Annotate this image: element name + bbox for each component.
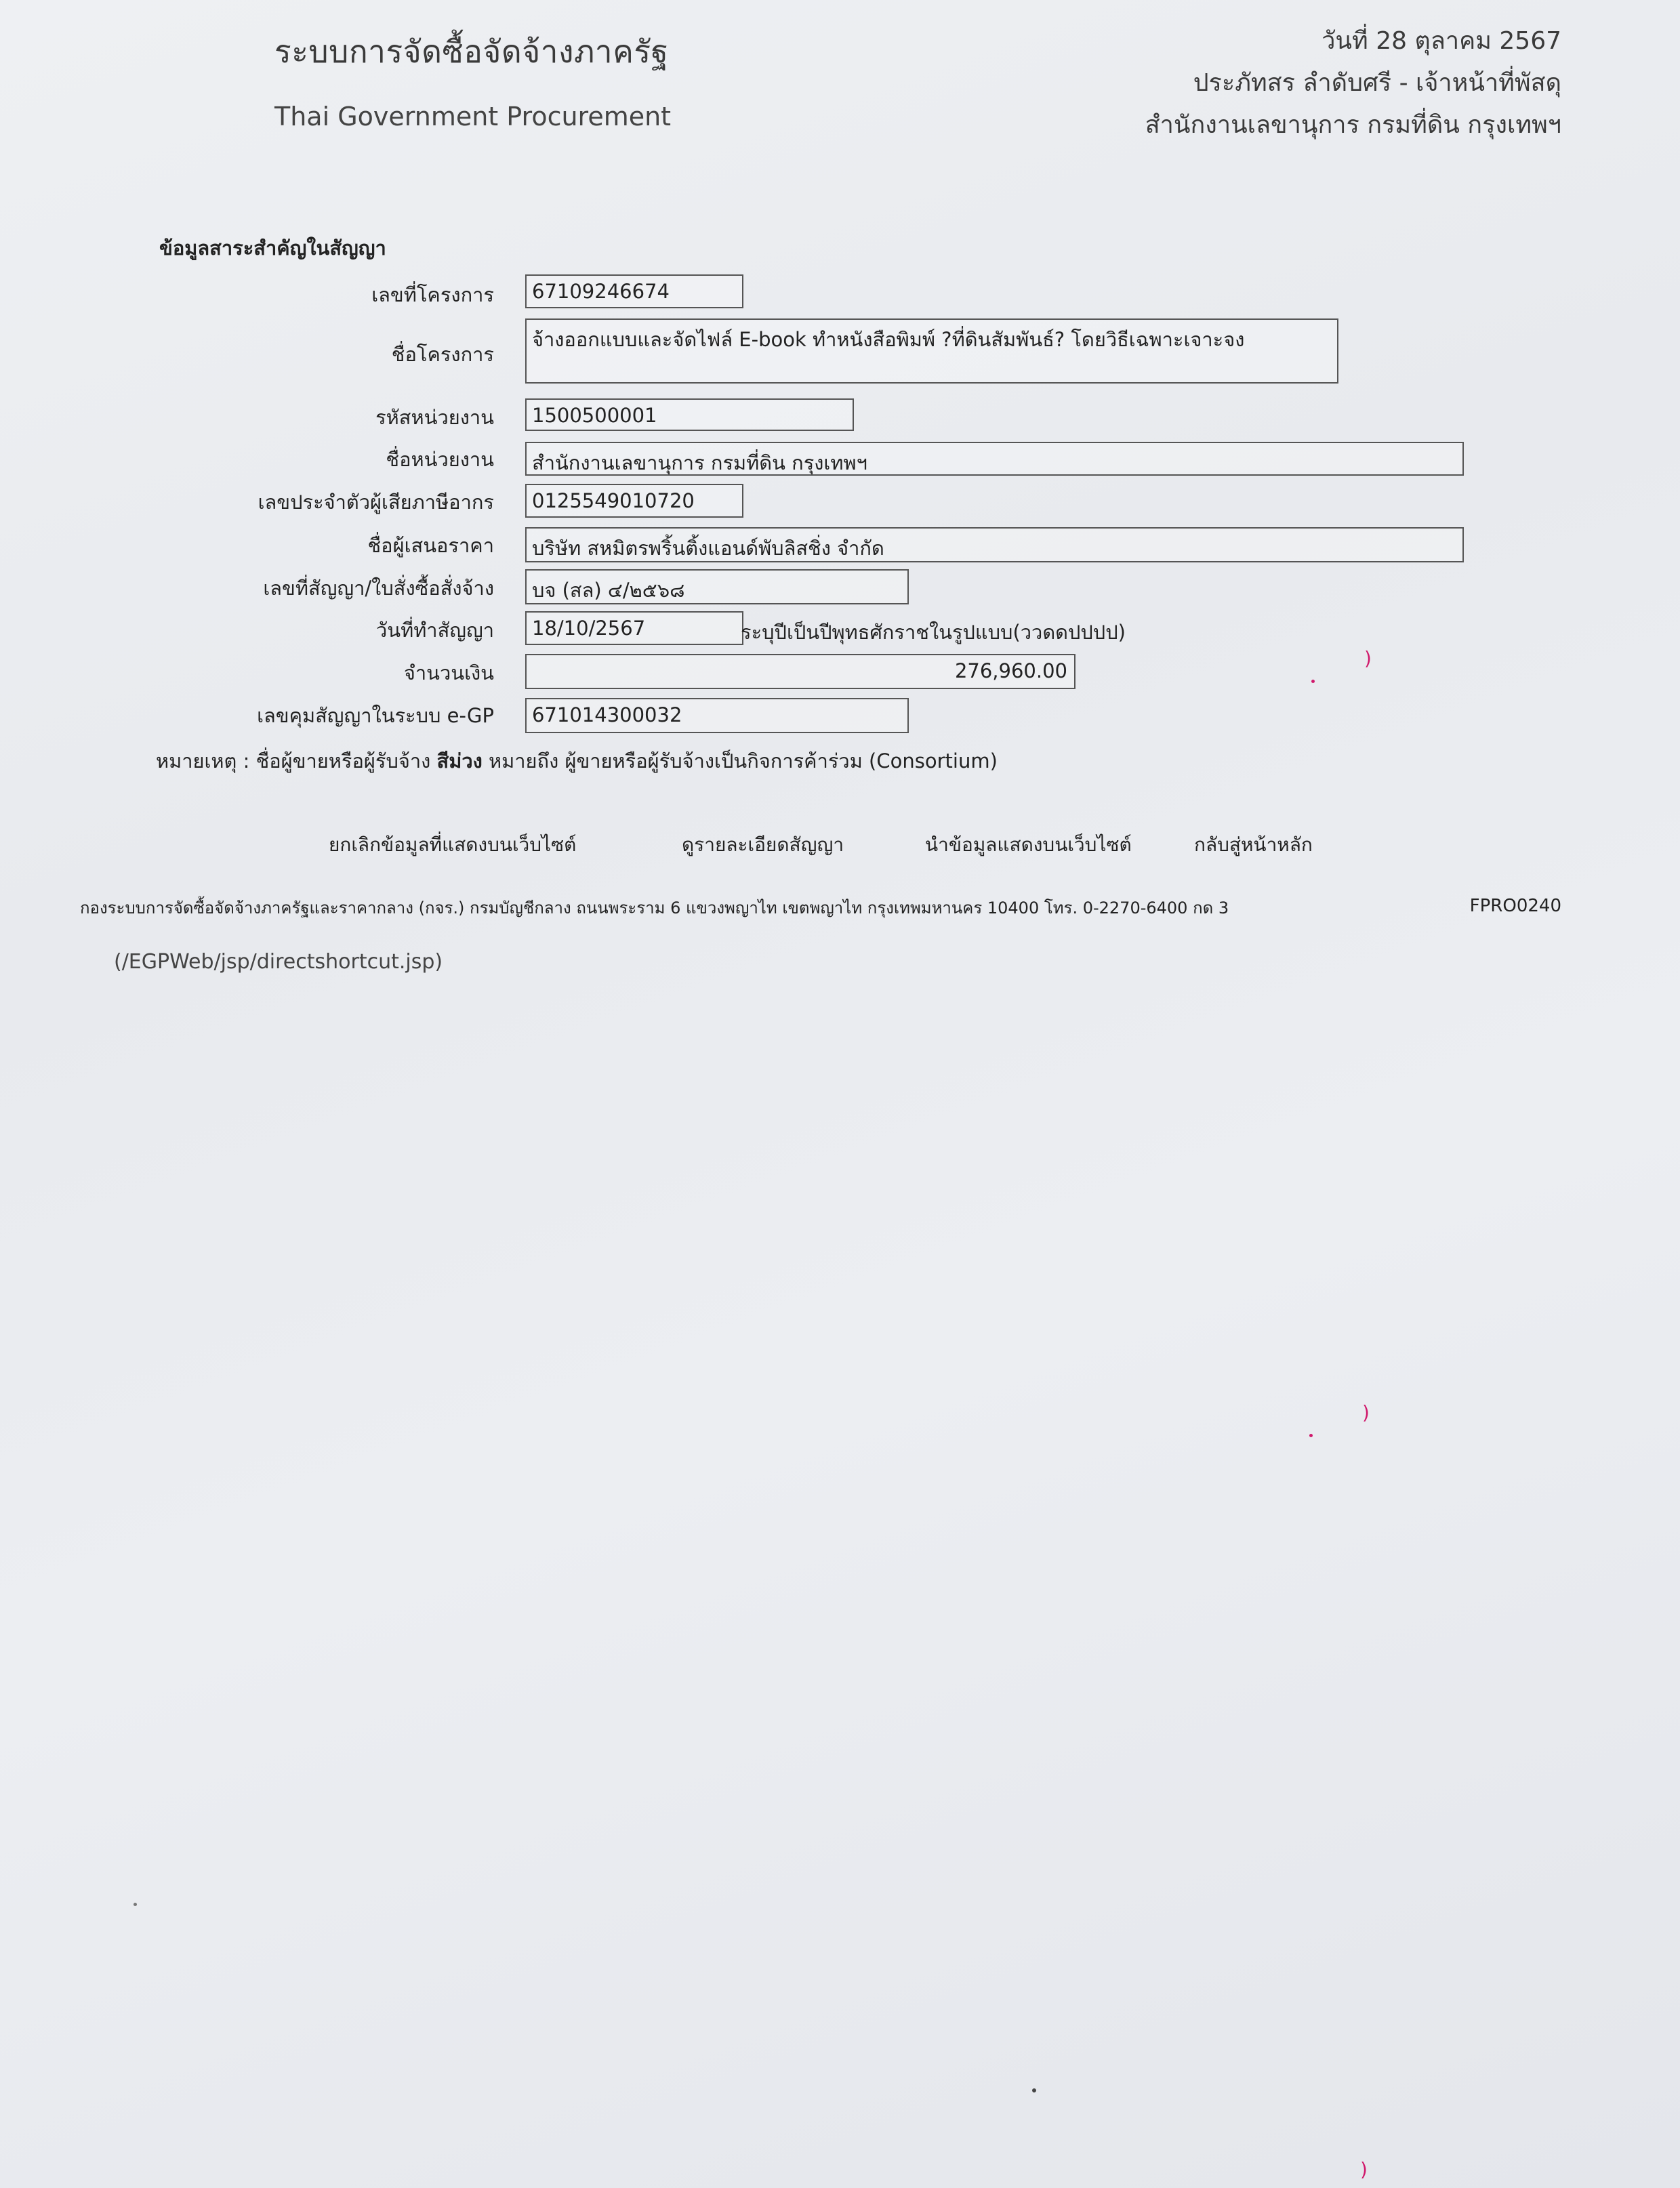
project-no-label: เลขที่โครงการ	[371, 279, 494, 310]
publish-to-website-button[interactable]: นำข้อมูลแสดงบนเว็บไซต์	[925, 830, 1132, 860]
contract-date-field[interactable]: 18/10/2567	[525, 611, 743, 645]
egp-control-no-field[interactable]: 671014300032	[525, 698, 909, 733]
user-name: ประภัทสร ลำดับศรี - เจ้าหน้าที่พัสดุ	[1145, 62, 1561, 104]
unit-name-field[interactable]: สำนักงานเลขานุการ กรมที่ดิน กรุงเทพฯ	[525, 442, 1464, 476]
remark-highlight: สีม่วง	[437, 749, 483, 772]
footer-address: กองระบบการจัดซื้อจัดจ้างภาครัฐและราคากลา…	[80, 894, 1229, 921]
tax-id-field[interactable]: 0125549010720	[525, 484, 743, 518]
ink-dot	[1309, 1434, 1313, 1437]
bidder-name-field[interactable]: บริษัท สหมิตรพริ้นติ้งแอนด์พับลิสชิ่ง จำ…	[525, 527, 1464, 562]
remark-suffix: หมายถึง ผู้ขายหรือผู้รับจ้างเป็นกิจการค้…	[483, 749, 998, 772]
ink-dot	[1311, 680, 1315, 683]
egp-control-no-label: เลขคุมสัญญาในระบบ e-GP	[257, 700, 494, 731]
amount-field[interactable]: 276,960.00	[525, 654, 1075, 689]
unit-name-label: ชื่อหน่วยงาน	[386, 444, 494, 475]
page-code: FPRO0240	[1470, 896, 1561, 916]
header-info: วันที่ 28 ตุลาคม 2567 ประภัทสร ลำดับศรี …	[1145, 20, 1561, 146]
dust-speck	[1032, 2088, 1036, 2092]
contract-date-label: วันที่ทำสัญญา	[376, 615, 494, 646]
back-to-home-button[interactable]: กลับสู่หน้าหลัก	[1194, 830, 1313, 860]
remark-prefix: หมายเหตุ : ชื่อผู้ขายหรือผู้รับจ้าง	[156, 749, 437, 772]
unit-code-field[interactable]: 1500500001	[525, 398, 854, 431]
user-agency: สำนักงานเลขานุการ กรมที่ดิน กรุงเทพฯ	[1145, 104, 1561, 146]
page-url: (/EGPWeb/jsp/directshortcut.jsp)	[114, 950, 443, 974]
bidder-name-label: ชื่อผู้เสนอราคา	[368, 530, 495, 561]
amount-label: จำนวนเงิน	[404, 657, 494, 688]
ink-mark: )	[1362, 1401, 1370, 1424]
dust-speck	[134, 1903, 137, 1906]
ink-mark: )	[1360, 2158, 1368, 2181]
view-contract-details-button[interactable]: ดูรายละเอียดสัญญา	[682, 830, 844, 860]
project-name-field[interactable]: จ้างออกแบบและจัดไฟล์ E-book ทำหนังสือพิม…	[525, 318, 1338, 384]
unit-code-label: รหัสหน่วยงาน	[375, 402, 494, 433]
tax-id-label: เลขประจำตัวผู้เสียภาษีอากร	[258, 487, 494, 518]
project-name-label: ชื่อโครงการ	[392, 339, 494, 370]
system-subtitle: Thai Government Procurement	[274, 102, 671, 131]
contract-no-label: เลขที่สัญญา/ใบสั่งซื้อสั่งจ้าง	[263, 573, 494, 604]
section-title: ข้อมูลสาระสำคัญในสัญญา	[159, 232, 386, 264]
cancel-display-button[interactable]: ยกเลิกข้อมูลที่แสดงบนเว็บไซต์	[329, 830, 576, 860]
project-no-field[interactable]: 67109246674	[525, 274, 743, 308]
contract-date-hint: ระบุปีเป็นปีพุทธศักราชในรูปแบบ(ววดดปปปป)	[741, 617, 1126, 648]
print-date: วันที่ 28 ตุลาคม 2567	[1145, 20, 1561, 62]
remark-note: หมายเหตุ : ชื่อผู้ขายหรือผู้รับจ้าง สีม่…	[156, 745, 998, 777]
system-title: ระบบการจัดซื้อจัดจ้างภาครัฐ	[274, 27, 668, 77]
ink-mark: )	[1364, 647, 1372, 669]
contract-no-field[interactable]: บจ (สล) ๔/๒๕๖๘	[525, 569, 909, 604]
